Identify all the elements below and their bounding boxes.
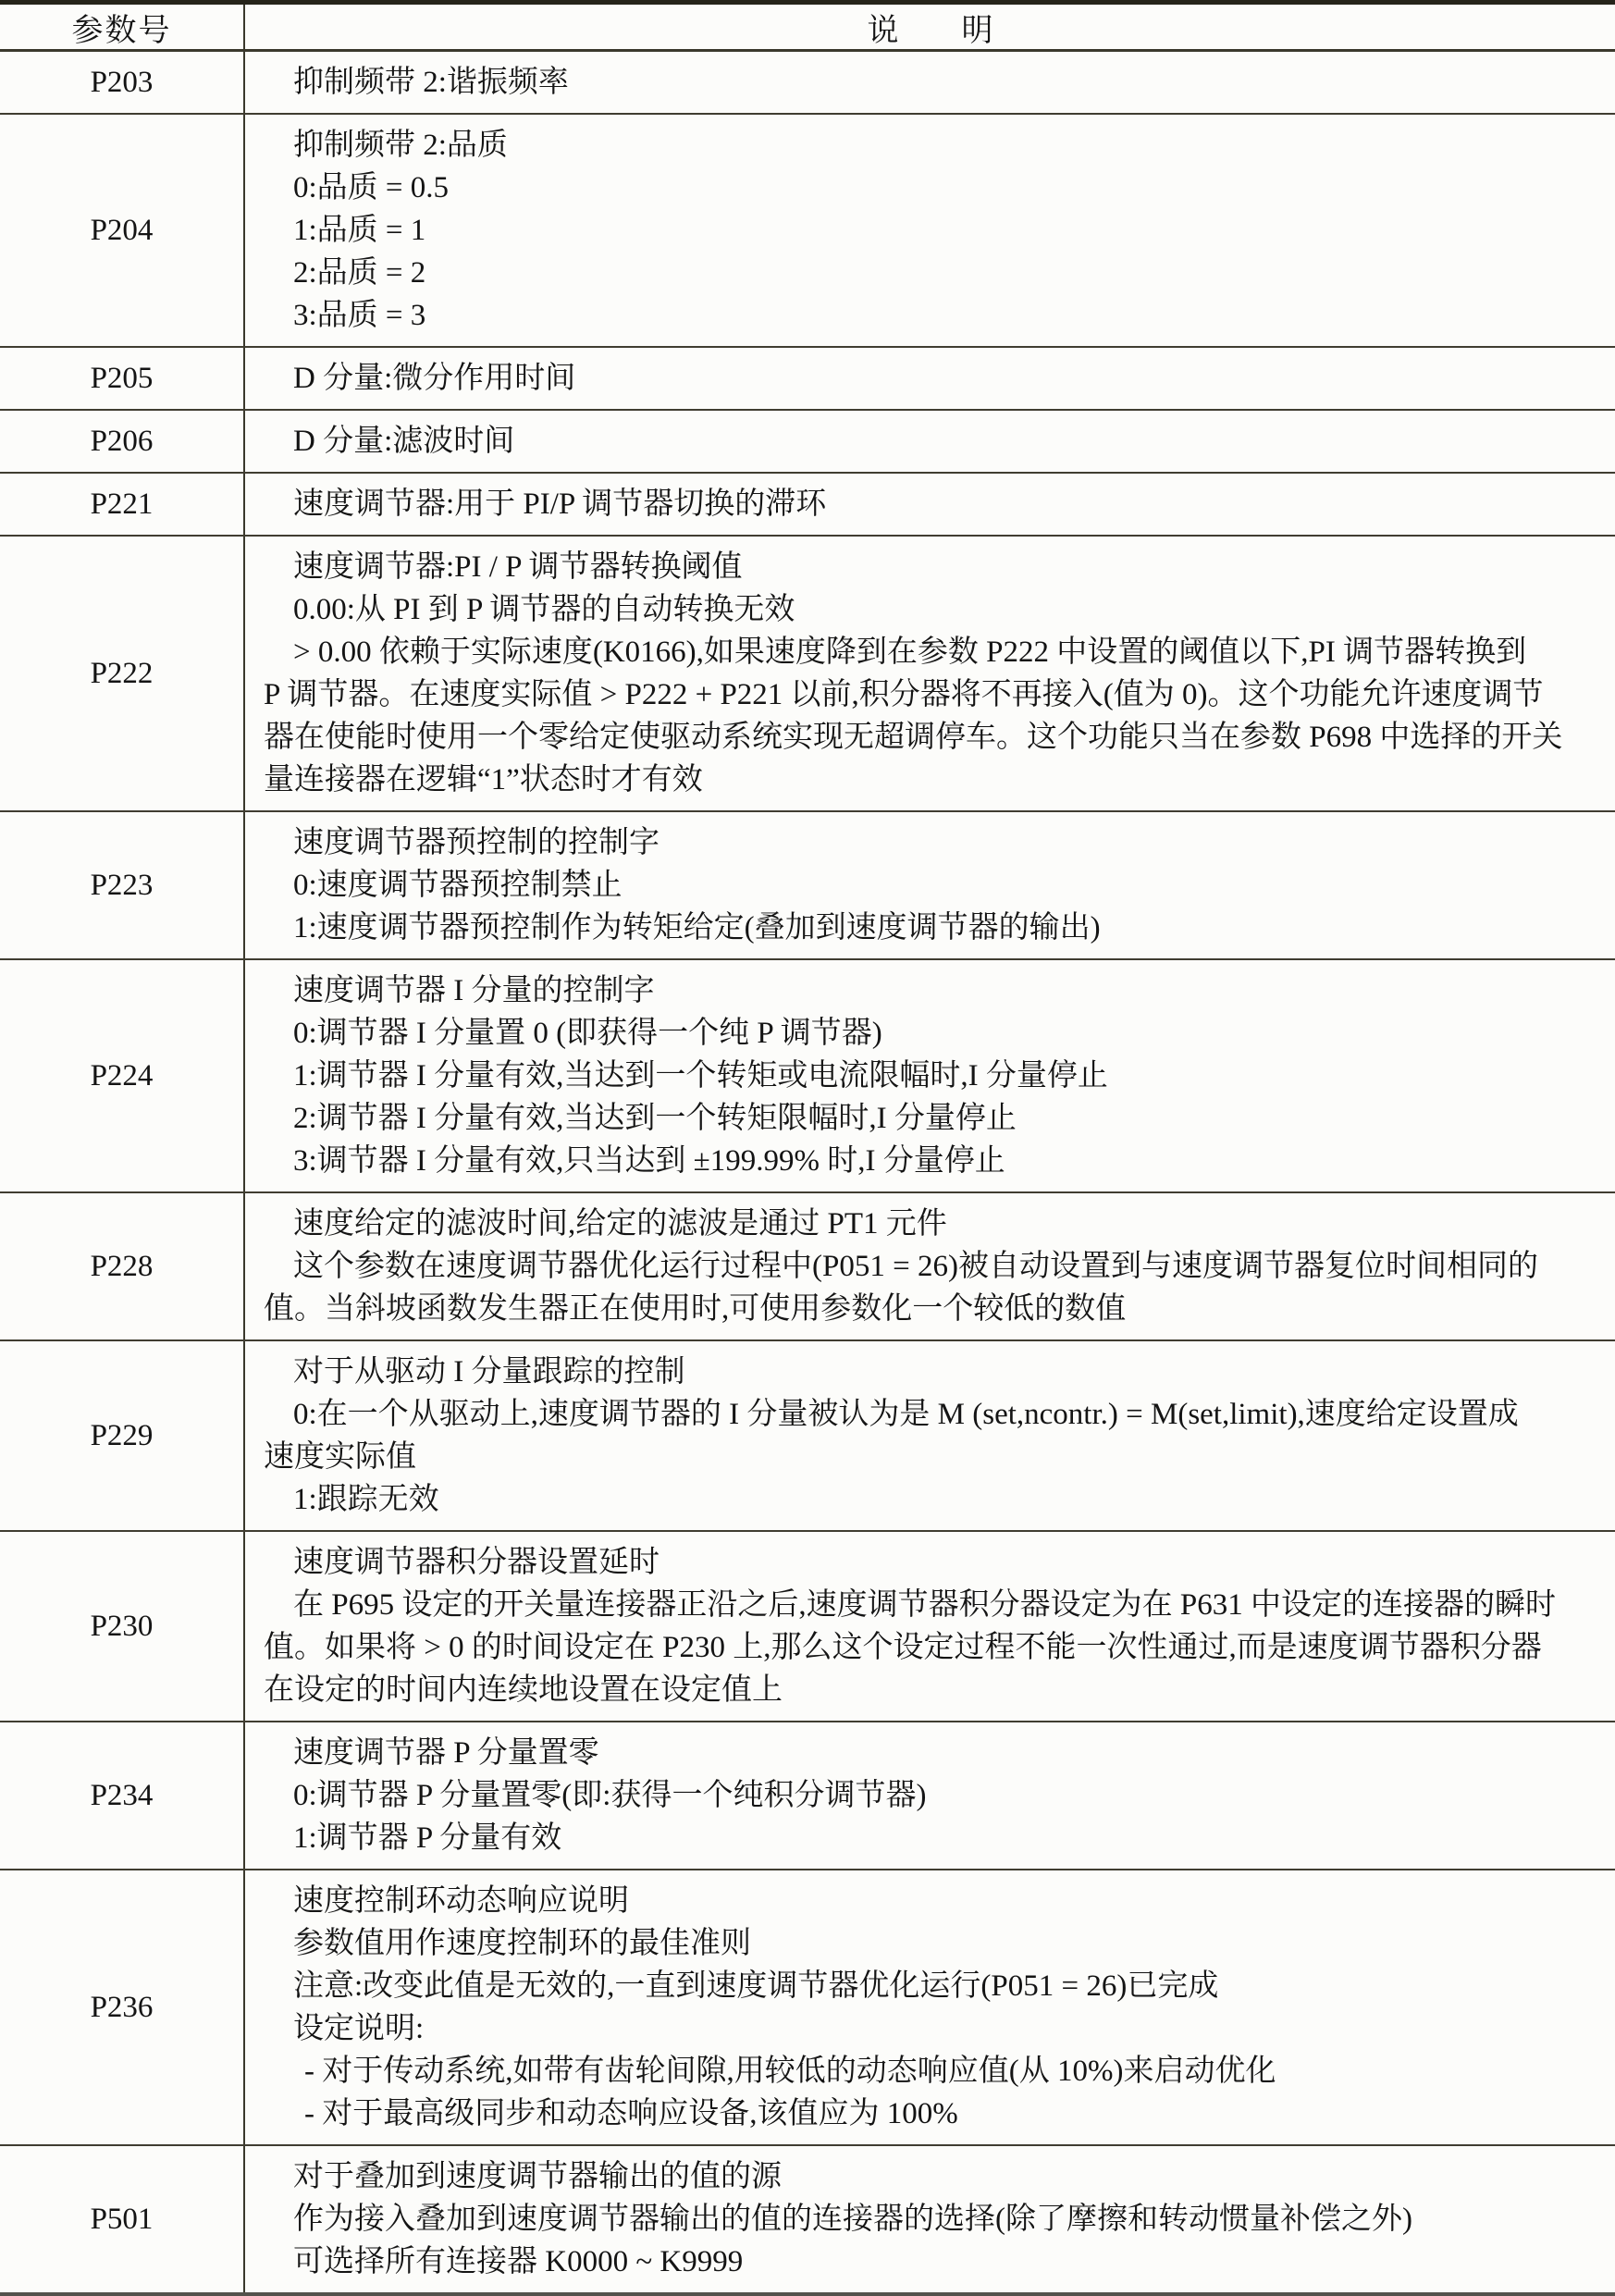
param-cell: P501 — [0, 2146, 245, 2292]
description-line: 速度调节器:PI / P 调节器转换阈值 — [245, 546, 1608, 588]
param-cell: P205 — [0, 348, 245, 409]
description-line: 速度调节器:用于 PI/P 调节器切换的滞环 — [245, 483, 1608, 525]
description-line: 设定说明: — [245, 2007, 1608, 2050]
description-line: 2:调节器 I 分量有效,当达到一个转矩限幅时,I 分量停止 — [245, 1097, 1608, 1140]
description-line: > 0.00 依赖于实际速度(K0166),如果速度降到在参数 P222 中设置… — [245, 631, 1608, 673]
description-line: 值。如果将 > 0 的时间设定在 P230 上,那么这个设定过程不能一次性通过,… — [245, 1626, 1608, 1669]
param-cell: P228 — [0, 1193, 245, 1339]
description-line: 0:调节器 P 分量置零(即:获得一个纯积分调节器) — [245, 1774, 1608, 1817]
description-cell: 速度给定的滤波时间,给定的滤波是通过 PT1 元件这个参数在速度调节器优化运行过… — [245, 1193, 1615, 1339]
description-line: 1:速度调节器预控制作为转矩给定(叠加到速度调节器的输出) — [245, 907, 1608, 949]
description-line: 在 P695 设定的开关量连接器正沿之后,速度调节器积分器设定为在 P631 中… — [245, 1584, 1608, 1626]
description-cell: D 分量:滤波时间 — [245, 411, 1615, 472]
table-row: P223速度调节器预控制的控制字0:速度调节器预控制禁止1:速度调节器预控制作为… — [0, 812, 1615, 960]
param-cell: P206 — [0, 411, 245, 472]
param-cell: P236 — [0, 1870, 245, 2144]
param-cell: P234 — [0, 1722, 245, 1869]
description-cell: 速度控制环动态响应说明参数值用作速度控制环的最佳准则注意:改变此值是无效的,一直… — [245, 1870, 1615, 2144]
description-line: 这个参数在速度调节器优化运行过程中(P051 = 26)被自动设置到与速度调节器… — [245, 1245, 1608, 1288]
param-cell: P204 — [0, 115, 245, 346]
table-row: P224速度调节器 I 分量的控制字0:调节器 I 分量置 0 (即获得一个纯 … — [0, 960, 1615, 1193]
description-line: 量连接器在逻辑“1”状态时才有效 — [245, 759, 1608, 801]
param-cell: P222 — [0, 537, 245, 810]
description-line: 0:速度调节器预控制禁止 — [245, 864, 1608, 907]
table-row: P222速度调节器:PI / P 调节器转换阈值0.00:从 PI 到 P 调节… — [0, 537, 1615, 812]
table-row: P234速度调节器 P 分量置零0:调节器 P 分量置零(即:获得一个纯积分调节… — [0, 1722, 1615, 1870]
description-cell: 对于叠加到速度调节器输出的值的源作为接入叠加到速度调节器输出的值的连接器的选择(… — [245, 2146, 1615, 2292]
table-row: P236速度控制环动态响应说明参数值用作速度控制环的最佳准则注意:改变此值是无效… — [0, 1870, 1615, 2146]
description-line: 3:调节器 I 分量有效,只当达到 ±199.99% 时,I 分量停止 — [245, 1140, 1608, 1182]
description-cell: 对于从驱动 I 分量跟踪的控制0:在一个从驱动上,速度调节器的 I 分量被认为是… — [245, 1341, 1615, 1530]
description-line: 0.00:从 PI 到 P 调节器的自动转换无效 — [245, 588, 1608, 631]
description-line: 作为接入叠加到速度调节器输出的值的连接器的选择(除了摩擦和转动惯量补偿之外) — [245, 2198, 1608, 2240]
description-line: 3:品质 = 3 — [245, 294, 1608, 337]
description-line: 注意:改变此值是无效的,一直到速度调节器优化运行(P051 = 26)已完成 — [245, 1965, 1608, 2007]
table-row: P204抑制频带 2:品质0:品质 = 0.51:品质 = 12:品质 = 23… — [0, 115, 1615, 348]
description-line: 速度调节器 I 分量的控制字 — [245, 969, 1608, 1012]
description-cell: 速度调节器 I 分量的控制字0:调节器 I 分量置 0 (即获得一个纯 P 调节… — [245, 960, 1615, 1191]
description-line: 速度给定的滤波时间,给定的滤波是通过 PT1 元件 — [245, 1203, 1608, 1245]
table-row: P230速度调节器积分器设置延时在 P695 设定的开关量连接器正沿之后,速度调… — [0, 1532, 1615, 1722]
description-line: 速度调节器预控制的控制字 — [245, 821, 1608, 864]
table-row: P229对于从驱动 I 分量跟踪的控制0:在一个从驱动上,速度调节器的 I 分量… — [0, 1341, 1615, 1532]
description-line: 0:品质 = 0.5 — [245, 167, 1608, 209]
param-cell: P224 — [0, 960, 245, 1191]
description-line: - 对于传动系统,如带有齿轮间隙,用较低的动态响应值(从 10%)来启动优化 — [245, 2050, 1608, 2092]
description-line: 对于叠加到速度调节器输出的值的源 — [245, 2155, 1608, 2198]
table-row: P501对于叠加到速度调节器输出的值的源作为接入叠加到速度调节器输出的值的连接器… — [0, 2146, 1615, 2292]
description-cell: 抑制频带 2:品质0:品质 = 0.51:品质 = 12:品质 = 23:品质 … — [245, 115, 1615, 346]
description-line: 对于从驱动 I 分量跟踪的控制 — [245, 1351, 1608, 1393]
description-cell: 速度调节器积分器设置延时在 P695 设定的开关量连接器正沿之后,速度调节器积分… — [245, 1532, 1615, 1721]
description-line: 抑制频带 2:品质 — [245, 124, 1608, 167]
header-desc-col: 说 明 — [245, 5, 1615, 49]
description-line: 值。当斜坡函数发生器正在使用时,可使用参数化一个较低的数值 — [245, 1288, 1608, 1330]
description-line: 抑制频带 2:谐振频率 — [245, 61, 1608, 104]
description-line: 1:调节器 P 分量有效 — [245, 1817, 1608, 1859]
description-line: 速度实际值 — [245, 1436, 1608, 1478]
description-line: 0:在一个从驱动上,速度调节器的 I 分量被认为是 M (set,ncontr.… — [245, 1393, 1608, 1436]
table-row: P221速度调节器:用于 PI/P 调节器切换的滞环 — [0, 474, 1615, 537]
param-cell: P203 — [0, 52, 245, 113]
description-line: 1:跟踪无效 — [245, 1478, 1608, 1521]
parameter-table: 参数号 说 明 P203抑制频带 2:谐振频率P204抑制频带 2:品质0:品质… — [0, 0, 1615, 2296]
description-line: D 分量:微分作用时间 — [245, 357, 1608, 400]
param-cell: P221 — [0, 474, 245, 535]
description-line: 1:品质 = 1 — [245, 209, 1608, 252]
header-param-col: 参数号 — [0, 5, 245, 49]
description-line: 器在使能时使用一个零给定使驱动系统实现无超调停车。这个功能只当在参数 P698 … — [245, 716, 1608, 759]
description-cell: 速度调节器:PI / P 调节器转换阈值0.00:从 PI 到 P 调节器的自动… — [245, 537, 1615, 810]
description-line: - 对于最高级同步和动态响应设备,该值应为 100% — [245, 2092, 1608, 2135]
document-page: 参数号 说 明 P203抑制频带 2:谐振频率P204抑制频带 2:品质0:品质… — [0, 0, 1615, 2296]
description-cell: 抑制频带 2:谐振频率 — [245, 52, 1615, 113]
description-cell: 速度调节器:用于 PI/P 调节器切换的滞环 — [245, 474, 1615, 535]
description-line: 0:调节器 I 分量置 0 (即获得一个纯 P 调节器) — [245, 1012, 1608, 1055]
table-header-row: 参数号 说 明 — [0, 5, 1615, 52]
description-line: 速度调节器积分器设置延时 — [245, 1541, 1608, 1584]
description-line: 参数值用作速度控制环的最佳准则 — [245, 1922, 1608, 1965]
table-row: P228速度给定的滤波时间,给定的滤波是通过 PT1 元件这个参数在速度调节器优… — [0, 1193, 1615, 1341]
table-body: P203抑制频带 2:谐振频率P204抑制频带 2:品质0:品质 = 0.51:… — [0, 52, 1615, 2292]
description-line: 速度控制环动态响应说明 — [245, 1880, 1608, 1922]
description-line: 在设定的时间内连续地设置在设定值上 — [245, 1669, 1608, 1711]
description-cell: 速度调节器预控制的控制字0:速度调节器预控制禁止1:速度调节器预控制作为转矩给定… — [245, 812, 1615, 958]
description-line: 1:调节器 I 分量有效,当达到一个转矩或电流限幅时,I 分量停止 — [245, 1055, 1608, 1097]
description-line: 2:品质 = 2 — [245, 252, 1608, 294]
table-row: P205D 分量:微分作用时间 — [0, 348, 1615, 411]
description-line: 可选择所有连接器 K0000 ~ K9999 — [245, 2240, 1608, 2283]
description-line: 速度调节器 P 分量置零 — [245, 1732, 1608, 1774]
description-line: D 分量:滤波时间 — [245, 420, 1608, 463]
table-row: P203抑制频带 2:谐振频率 — [0, 52, 1615, 115]
param-cell: P229 — [0, 1341, 245, 1530]
description-line: P 调节器。在速度实际值 > P222 + P221 以前,积分器将不再接入(值… — [245, 673, 1608, 716]
description-cell: 速度调节器 P 分量置零0:调节器 P 分量置零(即:获得一个纯积分调节器)1:… — [245, 1722, 1615, 1869]
param-cell: P223 — [0, 812, 245, 958]
table-row: P206D 分量:滤波时间 — [0, 411, 1615, 474]
param-cell: P230 — [0, 1532, 245, 1721]
description-cell: D 分量:微分作用时间 — [245, 348, 1615, 409]
